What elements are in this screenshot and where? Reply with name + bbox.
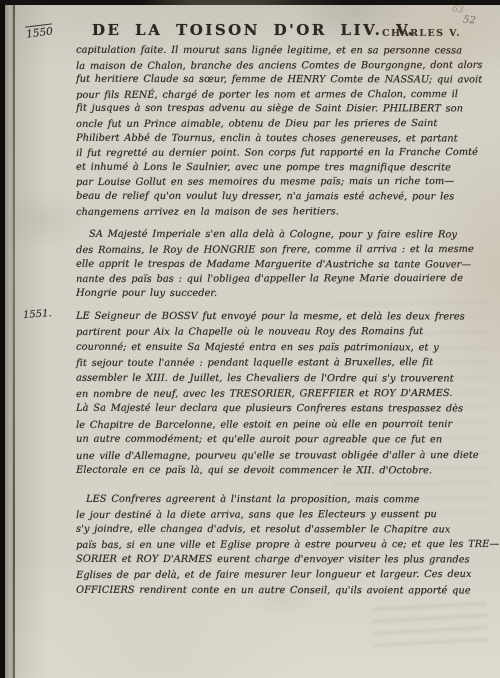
- manuscript-line: capitulation faite. Il mourut sans ligné…: [76, 45, 450, 60]
- running-head-charles-v: CHARLES V.: [382, 28, 461, 39]
- manuscript-line: changemens arrivez en la maison de ses h…: [76, 205, 450, 221]
- manuscript-line: LES Confreres agreerent à l'instant la p…: [76, 494, 450, 510]
- manuscript-line: un autre commodément; et qu'elle auroit …: [76, 434, 450, 450]
- manuscript-line: la maison de Chalon, branche des anciens…: [76, 60, 450, 76]
- folio-number: 52: [463, 15, 476, 27]
- manuscript-paragraph-3: LE Seigneur de BOSSV fut envoyé pour la …: [76, 311, 450, 480]
- manuscript-line: Eglises de par delà, et de faire mesurer…: [76, 569, 450, 585]
- bleed-through-text: [371, 593, 488, 647]
- scan-top-edge: [0, 0, 500, 5]
- manuscript-line: le Chapitre de Barcelonne, elle estoit e…: [76, 419, 450, 435]
- manuscript-line: beau de relief qu'on voulut luy dresser,…: [76, 191, 450, 206]
- margin-date-1551: 1551.: [23, 308, 52, 321]
- manuscript-line: en nombre de neuf, avec les TRESORIER, G…: [76, 388, 450, 404]
- manuscript-line: partirent pour Aix la Chapelle où le nou…: [76, 326, 450, 342]
- folio-number-faint: 63: [451, 4, 464, 15]
- manuscript-line: une ville d'Allemagne, pourveu qu'elle s…: [76, 449, 450, 465]
- manuscript-line: s'y joindre, elle changea d'advis, et re…: [76, 524, 450, 540]
- manuscript-line: Electorale en ce païs là, qui se devoit …: [76, 465, 450, 481]
- page-title: DE LA TOISON D'OR LIV. V.: [92, 21, 354, 39]
- manuscript-line: SA Majesté Imperiale s'en alla delà à Co…: [76, 229, 450, 244]
- manuscript-line: assembler le XIII. de Juillet, les Cheva…: [76, 372, 450, 388]
- manuscript-line: Là Sa Majesté leur declara que plusieurs…: [76, 403, 450, 419]
- manuscript-line: Philibert Abbé de Tournus, enclin à tout…: [76, 132, 450, 147]
- manuscript-line: Hongrie pour luy succeder.: [76, 288, 450, 303]
- manuscript-paragraph-1: capitulation faite. Il mourut sans ligné…: [76, 45, 450, 220]
- manuscript-line: nante des païs bas : qui l'obligea d'app…: [76, 273, 450, 289]
- manuscript-line: par Louise Gollut en ses memoires du mes…: [76, 176, 450, 192]
- manuscript-line: des Romains, le Roy de HONGRIE son frere…: [76, 244, 450, 260]
- manuscript-paragraph-2: SA Majesté Imperiale s'en alla delà à Co…: [76, 229, 450, 303]
- manuscript-line: il fut regretté au dernier point. Son co…: [76, 147, 450, 163]
- manuscript-line: fut heritiere Claude sa sœur, femme de H…: [76, 74, 450, 89]
- manuscript-line: fit jusques à son trespas advenu au sièg…: [76, 103, 450, 118]
- manuscript-line: et inhumé à Lons le Saulnier, avec une p…: [76, 161, 450, 176]
- manuscript-line: SORIER et ROY D'ARMES eurent charge d'en…: [76, 554, 450, 570]
- manuscript-line: couronné; et ensuite Sa Majesté entra en…: [76, 341, 450, 357]
- manuscript-line: oncle fut un Prince aimable, obtenu de D…: [76, 118, 450, 134]
- manuscript-line: OFFICIERS rendirent conte en un autre Co…: [76, 584, 450, 600]
- manuscript-line: elle apprit le trespas de Madame Marguer…: [76, 258, 450, 273]
- manuscript-paragraph-4: LES Confreres agreerent à l'instant la p…: [76, 494, 450, 600]
- manuscript-line: fit sejour toute l'année : pendant laque…: [76, 357, 450, 373]
- binding-crease: [13, 0, 15, 678]
- manuscript-line: le jour destiné à la diete arriva, sans …: [76, 509, 450, 525]
- manuscript-page-scan: DE LA TOISON D'OR LIV. V. CHARLES V. 63 …: [0, 0, 500, 678]
- manuscript-line: LE Seigneur de BOSSV fut envoyé pour la …: [76, 311, 450, 327]
